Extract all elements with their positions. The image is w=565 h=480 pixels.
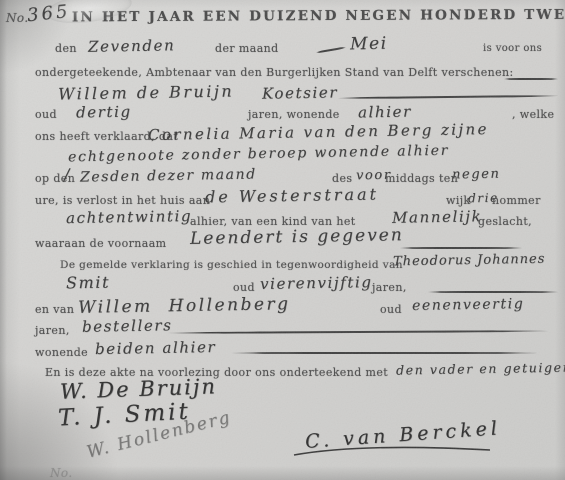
label-middags-ten: middags ten [385,172,458,185]
label-wijk: wijk [446,194,471,207]
child-name-handwritten: Leendert is gegeven [190,225,404,249]
month-handwritten: Mei [350,34,388,55]
witness2-age-handwritten: eenenveertig [412,296,525,314]
label-en-van: en van [35,303,74,316]
mother-name-handwritten: Cornelia Maria van den Berg zijne [148,120,489,144]
label-der-maand: der maand [215,42,279,55]
label-ure-verlost: ure, is verlost in het huis aan [35,194,210,207]
declarant-occupation-handwritten: Koetsier [262,83,338,102]
declarant-name-handwritten: Willem de Bruijn [58,81,234,103]
label-jaren-wonende: jaren, wonende [248,108,340,121]
label-nommer: nommer [492,194,541,207]
witnesses-occupation-handwritten: bestellers [82,316,173,336]
declarant-residence-handwritten: alhier [358,103,412,122]
closing-handwritten: den vader en getuigen. [396,359,565,377]
gender-handwritten: Mannelijk [392,207,483,227]
act-number-label: No. [6,11,29,25]
house-number-handwritten: achtentwintig [66,207,192,227]
ink-stroke [316,46,346,53]
witness2-name-handwritten: Willem Hollenberg [78,294,291,318]
fill-line [338,95,558,99]
witness1-firstname-handwritten: Theodorus Johannes [393,252,546,270]
label-oud-w2: oud [380,303,402,316]
label-welke: , welke [512,108,554,121]
label-des: des [332,172,352,185]
mother-status-handwritten: echtgenoote zonder beroep wonende alhier [68,143,449,166]
label-jaren-occupation: jaren, [35,324,70,337]
year-heading: IN HET JAAR EEN DUIZEND NEGEN HONDERD TW… [72,7,565,26]
label-oud-w1: oud [233,281,255,294]
birth-certificate-scan: No. 365 IN HET JAAR EEN DUIZEND NEGEN HO… [0,0,565,480]
label-jaren-w1: jaren, [372,281,407,294]
day-handwritten: Zevenden [88,36,176,56]
witness1-lastname-handwritten: Smit [66,273,110,293]
declarant-age-handwritten: dertig [76,103,132,122]
birth-street-handwritten: de Westerstraat [205,184,379,206]
label-wonende: wonende [35,346,88,359]
signature-declarant: W. De Bruijn [60,374,218,403]
fill-line [504,78,558,80]
birth-day-handwritten: Zesden dezer maand [80,166,257,185]
fill-line [428,291,558,293]
witnesses-intro: De gemelde verklaring is geschied in teg… [60,259,403,271]
birth-hour-handwritten: negen [452,167,501,183]
label-geslacht: geslacht, [478,215,532,228]
label-is-voor-ons: is voor ons [483,43,542,54]
slash-mark: / [64,165,71,184]
label-den: den [55,42,77,55]
witnesses-residence-handwritten: beiden alhier [95,338,217,358]
next-act-margin-note: No. [50,466,73,480]
fill-line [400,247,522,249]
official-line: ondergeteekende, Ambtenaar van den Burge… [35,66,514,79]
witness1-age-handwritten: vierenvijftig [260,273,373,293]
label-oud: oud [35,108,57,121]
fill-line [232,352,537,354]
signature-flourish [292,440,494,460]
fill-line [168,330,548,334]
label-waaraan-voornaam: waaraan de voornaam [35,237,166,250]
